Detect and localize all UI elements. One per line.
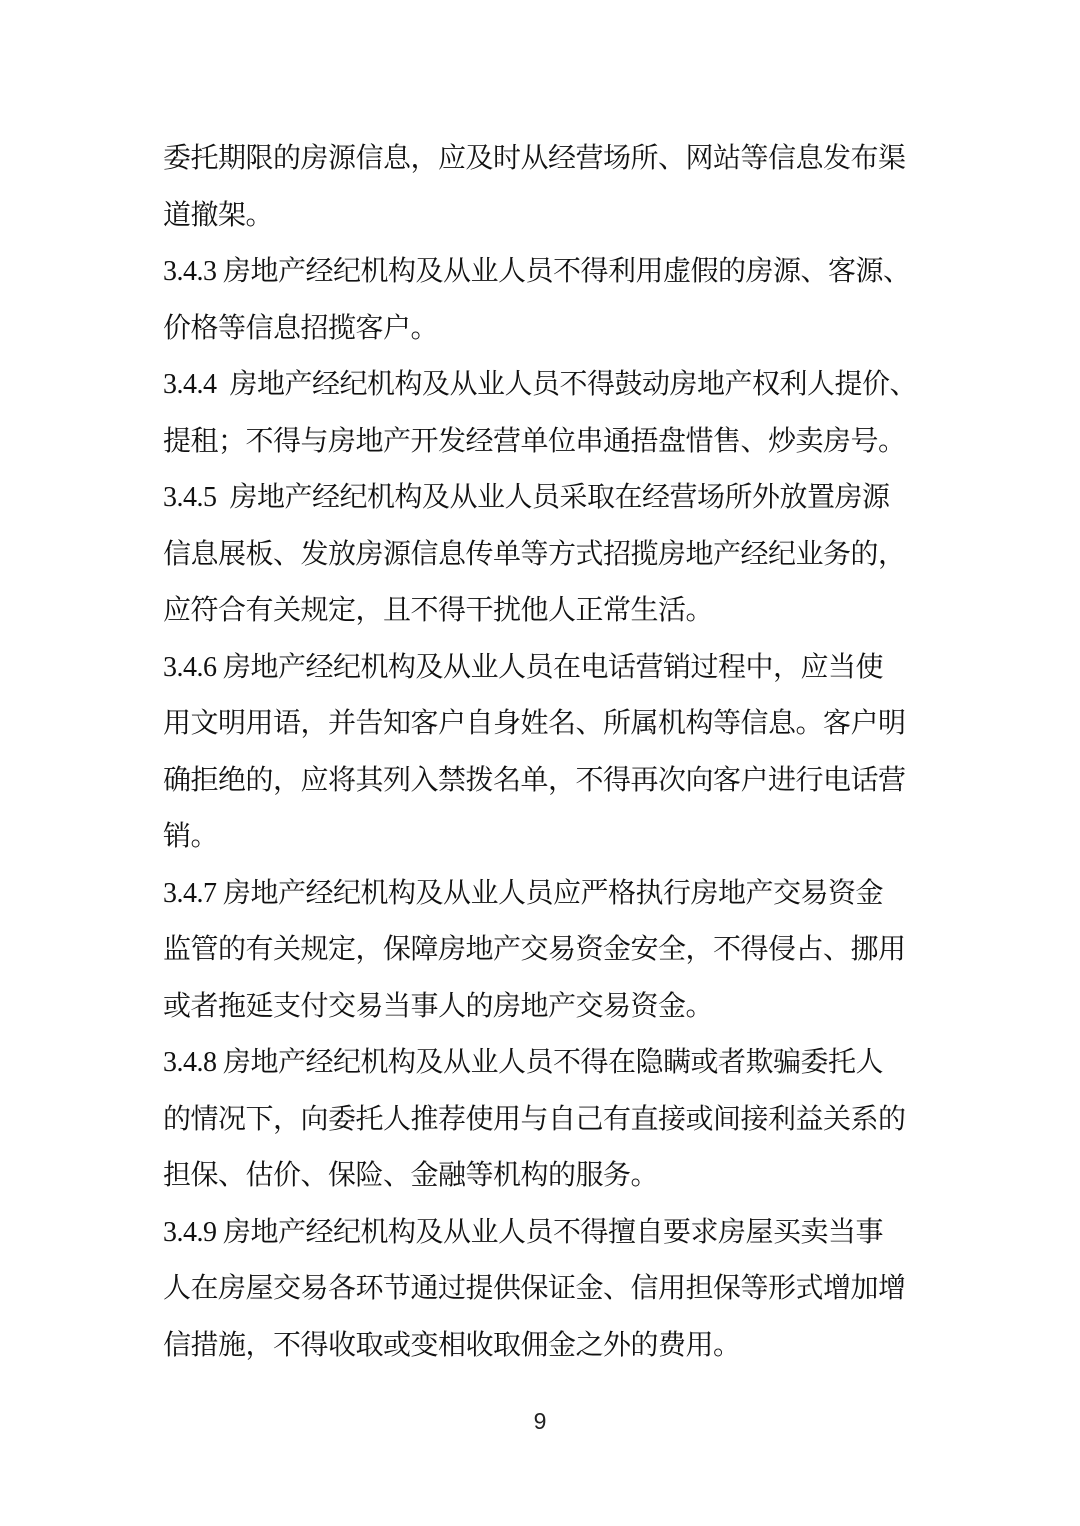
text-line: 提租；不得与房地产开发经营单位串通捂盘惜售、炒卖房号。: [163, 414, 933, 471]
text-line: 道撤架。: [163, 188, 933, 245]
text-line: 信措施，不得收取或变相收取佣金之外的费用。: [163, 1318, 933, 1375]
text-line-section-3-4-8: 3.4.8 房地产经纪机构及从业人员不得在隐瞒或者欺骗委托人: [163, 1035, 933, 1092]
text-line-section-3-4-7: 3.4.7 房地产经纪机构及从业人员应严格执行房地产交易资金: [163, 866, 933, 923]
text-line: 应符合有关规定，且不得干扰他人正常生活。: [163, 583, 933, 640]
text-line-section-3-4-4: 3.4.4 房地产经纪机构及从业人员不得鼓动房地产权利人提价、: [163, 357, 933, 414]
text-line-section-3-4-9: 3.4.9 房地产经纪机构及从业人员不得擅自要求房屋买卖当事: [163, 1205, 933, 1262]
document-page: 委托期限的房源信息，应及时从经营场所、网站等信息发布渠 道撤架。 3.4.3 房…: [0, 0, 1080, 1526]
text-line: 销。: [163, 809, 933, 866]
text-line: 确拒绝的，应将其列入禁拨名单，不得再次向客户进行电话营: [163, 753, 933, 810]
page-footer: 9: [0, 1408, 1080, 1434]
document-text-block: 委托期限的房源信息，应及时从经营场所、网站等信息发布渠 道撤架。 3.4.3 房…: [163, 131, 933, 1374]
text-line: 价格等信息招揽客户。: [163, 301, 933, 358]
text-line: 信息展板、发放房源信息传单等方式招揽房地产经纪业务的，: [163, 527, 933, 584]
text-line: 或者拖延支付交易当事人的房地产交易资金。: [163, 979, 933, 1036]
text-line: 的情况下，向委托人推荐使用与自己有直接或间接利益关系的: [163, 1092, 933, 1149]
text-line-section-3-4-6: 3.4.6 房地产经纪机构及从业人员在电话营销过程中，应当使: [163, 640, 933, 697]
page-number: 9: [534, 1408, 547, 1434]
text-line: 委托期限的房源信息，应及时从经营场所、网站等信息发布渠: [163, 131, 933, 188]
text-line-section-3-4-5: 3.4.5 房地产经纪机构及从业人员采取在经营场所外放置房源: [163, 470, 933, 527]
text-line-section-3-4-3: 3.4.3 房地产经纪机构及从业人员不得利用虚假的房源、客源、: [163, 244, 933, 301]
text-line: 担保、估价、保险、金融等机构的服务。: [163, 1148, 933, 1205]
text-line: 人在房屋交易各环节通过提供保证金、信用担保等形式增加增: [163, 1261, 933, 1318]
text-line: 用文明用语，并告知客户自身姓名、所属机构等信息。客户明: [163, 696, 933, 753]
text-line: 监管的有关规定，保障房地产交易资金安全，不得侵占、挪用: [163, 922, 933, 979]
